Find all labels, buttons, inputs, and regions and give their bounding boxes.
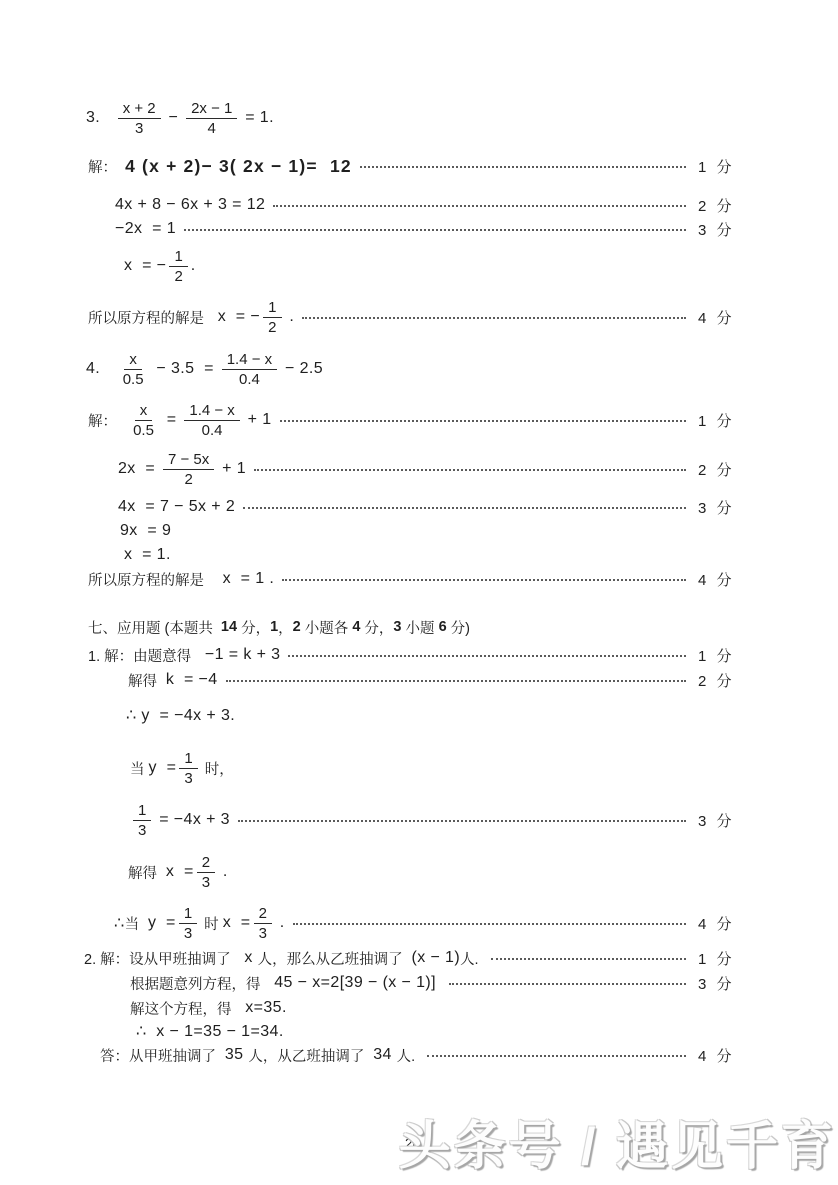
s7p1-solve-x: 解得 x =23 .: [128, 848, 750, 896]
score-label: 3 分: [698, 219, 750, 240]
fraction-numerator: 1: [169, 247, 187, 267]
score-label: 2 分: [698, 195, 750, 216]
dotted-leader: [280, 420, 686, 422]
chinese-text: 分): [447, 617, 470, 638]
math-text: = 1.: [240, 109, 274, 127]
fraction: 23: [197, 853, 215, 892]
dotted-leader: [243, 507, 686, 509]
math-text: y =: [149, 759, 177, 777]
fraction-numerator: 1: [133, 801, 151, 821]
chinese-text: 解得: [128, 670, 161, 691]
s7p1-step-2: 解得 k = −42 分: [128, 669, 750, 691]
chinese-text: ，: [278, 617, 293, 638]
dotted-leader: [254, 469, 686, 471]
s7p1-conclusion: ∴当 y =13 时 x =23 .4 分: [114, 899, 750, 947]
math-text: x =: [223, 914, 251, 932]
chinese-text: 当: [125, 913, 144, 934]
fraction-numerator: 2: [197, 853, 215, 873]
score-label: 3 分: [698, 497, 750, 518]
fraction-numerator: 1: [263, 298, 281, 318]
p3-step-1: 解： 4 (x + 2)− 3( 2x − 1)= 121 分: [88, 155, 750, 177]
s7p2-setup: 2. 解：设从甲班抽调了 x 人，那么从乙班抽调了 (x − 1)人. 1 分: [84, 947, 750, 969]
fraction-denominator: 0.4: [197, 421, 228, 440]
fraction-denominator: 3: [130, 119, 148, 138]
fraction-numerator: 1: [179, 749, 197, 769]
fraction-denominator: 3: [133, 821, 151, 840]
score-label: 4 分: [698, 307, 750, 328]
answer-lines: 3. x + 23 − 2x − 14 = 1.解： 4 (x + 2)− 3(…: [0, 0, 838, 1066]
dotted-leader: [449, 983, 686, 985]
fraction-denominator: 4: [203, 119, 221, 138]
fraction: 13: [179, 904, 197, 943]
math-text: 34: [368, 1046, 396, 1064]
fraction-denominator: 3: [197, 873, 215, 892]
chinese-text: 人，那么从乙班抽调了: [258, 948, 407, 969]
chinese-text: 解这个方程，得: [130, 998, 236, 1019]
fraction-numerator: x: [135, 401, 153, 421]
dotted-leader: [226, 680, 686, 682]
chinese-text: 当: [130, 758, 149, 779]
fraction: 13: [133, 801, 151, 840]
dotted-leader: [184, 229, 686, 231]
p3-conclusion: 所以原方程的解是 x = −12 .4 分: [88, 293, 750, 341]
math-text: 3.: [86, 109, 115, 127]
math-text: =: [162, 411, 181, 429]
math-text: −2x = 1: [115, 220, 176, 238]
score-label: 2 分: [698, 459, 750, 480]
chinese-text: 6: [439, 619, 447, 635]
math-text: .: [275, 914, 285, 932]
math-text: −1 = k + 3: [195, 646, 280, 664]
math-text: = −4x + 3: [154, 811, 230, 829]
math-text: x =: [161, 863, 194, 881]
chinese-text: 答：从甲班抽调了: [100, 1045, 220, 1066]
chinese-text: 人.: [397, 1045, 420, 1066]
score-label: 4 分: [698, 569, 750, 590]
chinese-text: 小题各: [301, 617, 353, 638]
fraction-denominator: 3: [179, 769, 197, 788]
math-text: .: [191, 257, 196, 275]
math-text: x = 1.: [124, 546, 171, 564]
chinese-text: 时，: [201, 758, 234, 779]
math-text: 35: [220, 1046, 248, 1064]
s7p1-y-equation: ∴ y = −4x + 3.: [126, 704, 750, 726]
p4-conclusion: 所以原方程的解是 x = 1 .4 分: [88, 568, 750, 590]
fraction: 2x − 14: [186, 99, 237, 138]
chinese-text: 所以原方程的解是: [88, 307, 208, 328]
chinese-text: 小题: [402, 617, 439, 638]
dotted-leader: [360, 166, 686, 168]
fraction-denominator: 0.5: [128, 421, 159, 440]
math-text: + 1: [217, 460, 246, 478]
chinese-text: 解：: [88, 156, 125, 177]
math-text: 4.: [86, 360, 115, 378]
math-text: 4 (x + 2)− 3( 2x − 1)= 12: [125, 156, 352, 177]
fraction-numerator: x: [124, 350, 142, 370]
math-text: x = 1 .: [208, 570, 274, 588]
fraction-denominator: 3: [179, 924, 197, 943]
fraction-denominator: 2: [169, 267, 187, 286]
math-text: x=35.: [236, 999, 287, 1017]
score-label: 1 分: [698, 645, 750, 666]
fraction: 1.4 − x0.4: [222, 350, 277, 389]
math-text: ∴ y = −4x + 3.: [126, 705, 235, 725]
s7p2-answer: 答：从甲班抽调了 35 人，从乙班抽调了 34 人. 4 分: [100, 1044, 750, 1066]
fraction-numerator: 7 − 5x: [163, 450, 214, 470]
fraction-denominator: 0.5: [118, 370, 149, 389]
math-text: 2x =: [118, 460, 160, 478]
chinese-text: 时: [200, 913, 223, 934]
math-text: x = −: [124, 257, 166, 275]
chinese-text: 人.: [460, 948, 483, 969]
math-text: + 1: [243, 411, 272, 429]
dotted-leader: [491, 958, 686, 960]
dotted-leader: [427, 1055, 686, 1057]
chinese-text: 1: [270, 619, 278, 635]
s7p1-step-3: 13 = −4x + 33 分: [130, 796, 750, 844]
score-label: 4 分: [698, 913, 750, 934]
p4-step-2: 2x = 7 − 5x2 + 12 分: [118, 445, 750, 493]
chinese-text: 分，: [237, 617, 270, 638]
fraction-numerator: 1.4 − x: [184, 401, 239, 421]
p4-step-1: 解： x0.5 = 1.4 − x0.4 + 11 分: [88, 396, 750, 444]
p3-step-3: −2x = 13 分: [115, 218, 750, 240]
math-text: −: [164, 109, 183, 127]
fraction-numerator: 2: [254, 904, 272, 924]
chinese-text: 根据题意列方程，得: [130, 973, 265, 994]
dotted-leader: [293, 923, 686, 925]
fraction-denominator: 2: [263, 318, 281, 337]
score-label: 4 分: [698, 1045, 750, 1066]
s7p1-step-1: 1. 解：由题意得 −1 = k + 31 分: [88, 644, 750, 666]
watermark-text: 头条号 / 遇见千育: [399, 1104, 836, 1179]
problem-4-equation: 4. x0.5 − 3.5 = 1.4 − x0.4 − 2.5: [86, 345, 750, 393]
dotted-leader: [273, 205, 686, 207]
score-label: 1 分: [698, 948, 750, 969]
fraction: 13: [179, 749, 197, 788]
problem-3-equation: 3. x + 23 − 2x − 14 = 1.: [86, 94, 750, 142]
chinese-text: 1. 解：由题意得: [88, 645, 195, 666]
fraction-numerator: 2x − 1: [186, 99, 237, 119]
math-text: ∴ x − 1=35 − 1=34.: [136, 1021, 284, 1041]
math-text: − 2.5: [280, 360, 323, 378]
fraction-numerator: x + 2: [118, 99, 161, 119]
chinese-text: 所以原方程的解是: [88, 569, 208, 590]
p3-step-2: 4x + 8 − 6x + 3 = 122 分: [115, 194, 750, 216]
chinese-text: 解：: [88, 410, 125, 431]
s7p2-equation: 根据题意列方程，得 45 − x=2[39 − (x − 1)] 3 分: [130, 972, 750, 994]
s7p1-when-y: 当 y =13 时，: [130, 744, 750, 792]
math-text: 45 − x=2[39 − (x − 1)]: [265, 974, 441, 992]
math-text: 9x = 9: [120, 522, 171, 540]
p4-step-3: 4x = 7 − 5x + 23 分: [118, 496, 750, 518]
fraction: 12: [263, 298, 281, 337]
chinese-text: 人，从乙班抽调了: [248, 1045, 368, 1066]
p4-step-x1: x = 1.: [124, 544, 750, 566]
s7p2-solve: 解这个方程，得 x=35.: [130, 997, 750, 1019]
p3-solution-x: x = −12.: [124, 242, 750, 290]
worksheet-page: 3. x + 23 − 2x − 14 = 1.解： 4 (x + 2)− 3(…: [0, 0, 838, 1185]
fraction-denominator: 0.4: [234, 370, 265, 389]
math-text: − 3.5 =: [152, 360, 219, 378]
math-text: .: [218, 863, 228, 881]
chinese-text: 2: [293, 619, 301, 635]
fraction: x0.5: [118, 350, 149, 389]
chinese-text: 解得: [128, 862, 161, 883]
fraction: x0.5: [128, 401, 159, 440]
math-text: x: [235, 949, 258, 967]
fraction: 7 − 5x2: [163, 450, 214, 489]
math-text: x = −: [208, 308, 260, 326]
dotted-leader: [238, 820, 686, 822]
math-text: 4x = 7 − 5x + 2: [118, 498, 235, 516]
math-text: y =: [143, 914, 176, 932]
fraction-denominator: 3: [254, 924, 272, 943]
chinese-text: 14: [221, 619, 237, 635]
chinese-text: 分，: [360, 617, 393, 638]
math-text: ∴: [114, 913, 125, 933]
fraction: x + 23: [118, 99, 161, 138]
math-text: 4x + 8 − 6x + 3 = 12: [115, 196, 265, 214]
math-text: .: [285, 308, 295, 326]
score-label: 3 分: [698, 973, 750, 994]
math-text: (x − 1): [407, 949, 460, 967]
dotted-leader: [302, 317, 686, 319]
chinese-text: 3: [393, 619, 401, 635]
score-label: 1 分: [698, 156, 750, 177]
fraction-numerator: 1: [179, 904, 197, 924]
score-label: 2 分: [698, 670, 750, 691]
score-label: 3 分: [698, 810, 750, 831]
fraction-numerator: 1.4 − x: [222, 350, 277, 370]
chinese-text: 2. 解：设从甲班抽调了: [84, 948, 235, 969]
dotted-leader: [288, 655, 686, 657]
chinese-text: 4: [352, 619, 360, 635]
chinese-text: 七、应用题 (本题共: [88, 617, 221, 638]
dotted-leader: [282, 579, 686, 581]
section-7-heading: 七、应用题 (本题共 14 分，1，2 小题各 4 分，3 小题 6 分): [88, 616, 750, 638]
fraction-denominator: 2: [179, 470, 197, 489]
math-text: k = −4: [161, 671, 218, 689]
fraction: 1.4 − x0.4: [184, 401, 239, 440]
fraction: 23: [254, 904, 272, 943]
score-label: 1 分: [698, 410, 750, 431]
s7p2-x-minus-1: ∴ x − 1=35 − 1=34.: [136, 1020, 750, 1042]
fraction: 12: [169, 247, 187, 286]
p4-step-9x: 9x = 9: [120, 520, 750, 542]
